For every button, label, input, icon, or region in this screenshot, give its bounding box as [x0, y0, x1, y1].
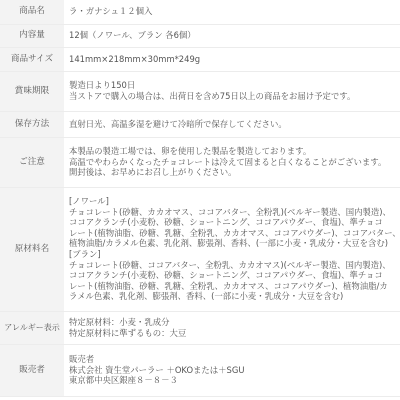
table-row: 内容量 12個（ノワール、ブラン 各6個）: [0, 24, 400, 47]
row-value-best-before: 製造日より150日 当ストアで購入の場合は、出荷日を含め75日以上の商品をお届け…: [64, 71, 400, 111]
row-label-seller: 販売者: [0, 344, 64, 396]
value-line: 12個（ノワール、ブラン 各6個）: [69, 30, 400, 41]
row-label-size: 商品サイズ: [0, 47, 64, 71]
row-value-product-name: ラ・ガナシュ１２個入: [64, 0, 400, 24]
row-value-size: 141mm×218mm×30mm*249g: [64, 47, 400, 71]
row-label-allergens: アレルギー表示: [0, 311, 64, 344]
value-line: [ノワール]: [69, 196, 400, 207]
product-spec-table: 商品名 ラ・ガナシュ１２個入 内容量 12個（ノワール、ブラン 各6個） 商品サ…: [0, 0, 400, 397]
table-row: 商品名 ラ・ガナシュ１２個入: [0, 0, 400, 24]
value-line: 本製品の製造工場では、卵を使用した製品を製造しております。: [69, 146, 400, 157]
value-line: レート(植物油脂、砂糖、乳糖、全粉乳、カカオマス、ココアパウダー)、植物油脂/カ: [69, 281, 400, 292]
value-line: 東京都中央区銀座８－８－３: [69, 375, 400, 386]
row-label-notes: ご注意: [0, 137, 64, 187]
row-label-ingredients: 原材料名: [0, 187, 64, 311]
value-line: 特定原材料：小麦・乳成分: [69, 317, 400, 328]
value-line: 株式会社 資生堂パーラー ＋OKOまたは＋SGU: [69, 365, 400, 376]
value-line: ラメル色素、乳化剤、膨張剤、香料、(一部に小麦・乳成分・大豆を含む): [69, 291, 400, 302]
value-line: [ブラン]: [69, 249, 400, 260]
table-row: 原材料名 [ノワール] チョコレート(砂糖、カカオマス、ココアバター、全粉乳)(…: [0, 187, 400, 311]
value-line: ラ・ガナシュ１２個入: [69, 6, 400, 17]
row-label-product-name: 商品名: [0, 0, 64, 24]
value-line: 高温でやわらかくなったチョコレートは冷えて固まると白くなることがございます。: [69, 157, 400, 168]
table-row: 販売者 販売者 株式会社 資生堂パーラー ＋OKOまたは＋SGU 東京都中央区銀…: [0, 344, 400, 396]
table-row: 商品サイズ 141mm×218mm×30mm*249g: [0, 47, 400, 71]
row-value-ingredients: [ノワール] チョコレート(砂糖、カカオマス、ココアバター、全粉乳)(ベルギー製…: [64, 187, 400, 311]
value-line: ココアクランチ(小麦粉、砂糖、ショートニング、ココアパウダー、食塩)、準チョコ: [69, 217, 400, 228]
value-line: 当ストアで購入の場合は、出荷日を含め75日以上の商品をお届け予定です。: [69, 91, 400, 102]
value-line: 植物油脂/カラメル色素、乳化剤、膨張剤、香料、(一部に小麦・乳成分・大豆を含む): [69, 238, 400, 249]
value-line: 特定原材料に準ずるもの：大豆: [69, 328, 400, 339]
value-line: 141mm×218mm×30mm*249g: [69, 54, 400, 65]
row-value-allergens: 特定原材料：小麦・乳成分 特定原材料に準ずるもの：大豆: [64, 311, 400, 344]
row-value-contents: 12個（ノワール、ブラン 各6個）: [64, 24, 400, 47]
value-line: チョコレート(砂糖、カカオマス、ココアバター、全粉乳)(ベルギー製造、国内製造)…: [69, 207, 400, 218]
table-row: ご注意 本製品の製造工場では、卵を使用した製品を製造しております。 高温でやわら…: [0, 137, 400, 187]
value-line: 開封後は、お早めにお召し上がりください。: [69, 167, 400, 178]
row-label-best-before: 賞味期限: [0, 71, 64, 111]
value-line: レート(植物油脂、砂糖、乳糖、全粉乳、カカオマス、ココアパウダー)、ココアバター…: [69, 228, 400, 239]
row-value-notes: 本製品の製造工場では、卵を使用した製品を製造しております。 高温でやわらかくなっ…: [64, 137, 400, 187]
value-line: 直射日光、高温多湿を避けて冷暗所で保存してください。: [69, 119, 400, 130]
table-row: 保存方法 直射日光、高温多湿を避けて冷暗所で保存してください。: [0, 111, 400, 137]
value-line: チョコレート(砂糖、ココアバター、全粉乳、カカオマス)(ベルギー製造、国内製造)…: [69, 260, 400, 271]
table-row: アレルギー表示 特定原材料：小麦・乳成分 特定原材料に準ずるもの：大豆: [0, 311, 400, 344]
row-value-seller: 販売者 株式会社 資生堂パーラー ＋OKOまたは＋SGU 東京都中央区銀座８－８…: [64, 344, 400, 396]
row-label-contents: 内容量: [0, 24, 64, 47]
row-value-storage: 直射日光、高温多湿を避けて冷暗所で保存してください。: [64, 111, 400, 137]
row-label-storage: 保存方法: [0, 111, 64, 137]
value-line: 製造日より150日: [69, 80, 400, 91]
value-line: 販売者: [69, 354, 400, 365]
table-row: 賞味期限 製造日より150日 当ストアで購入の場合は、出荷日を含め75日以上の商…: [0, 71, 400, 111]
value-line: ココアクランチ(小麦粉、砂糖、ショートニング、ココアパウダー、食塩)、準チョコ: [69, 270, 400, 281]
